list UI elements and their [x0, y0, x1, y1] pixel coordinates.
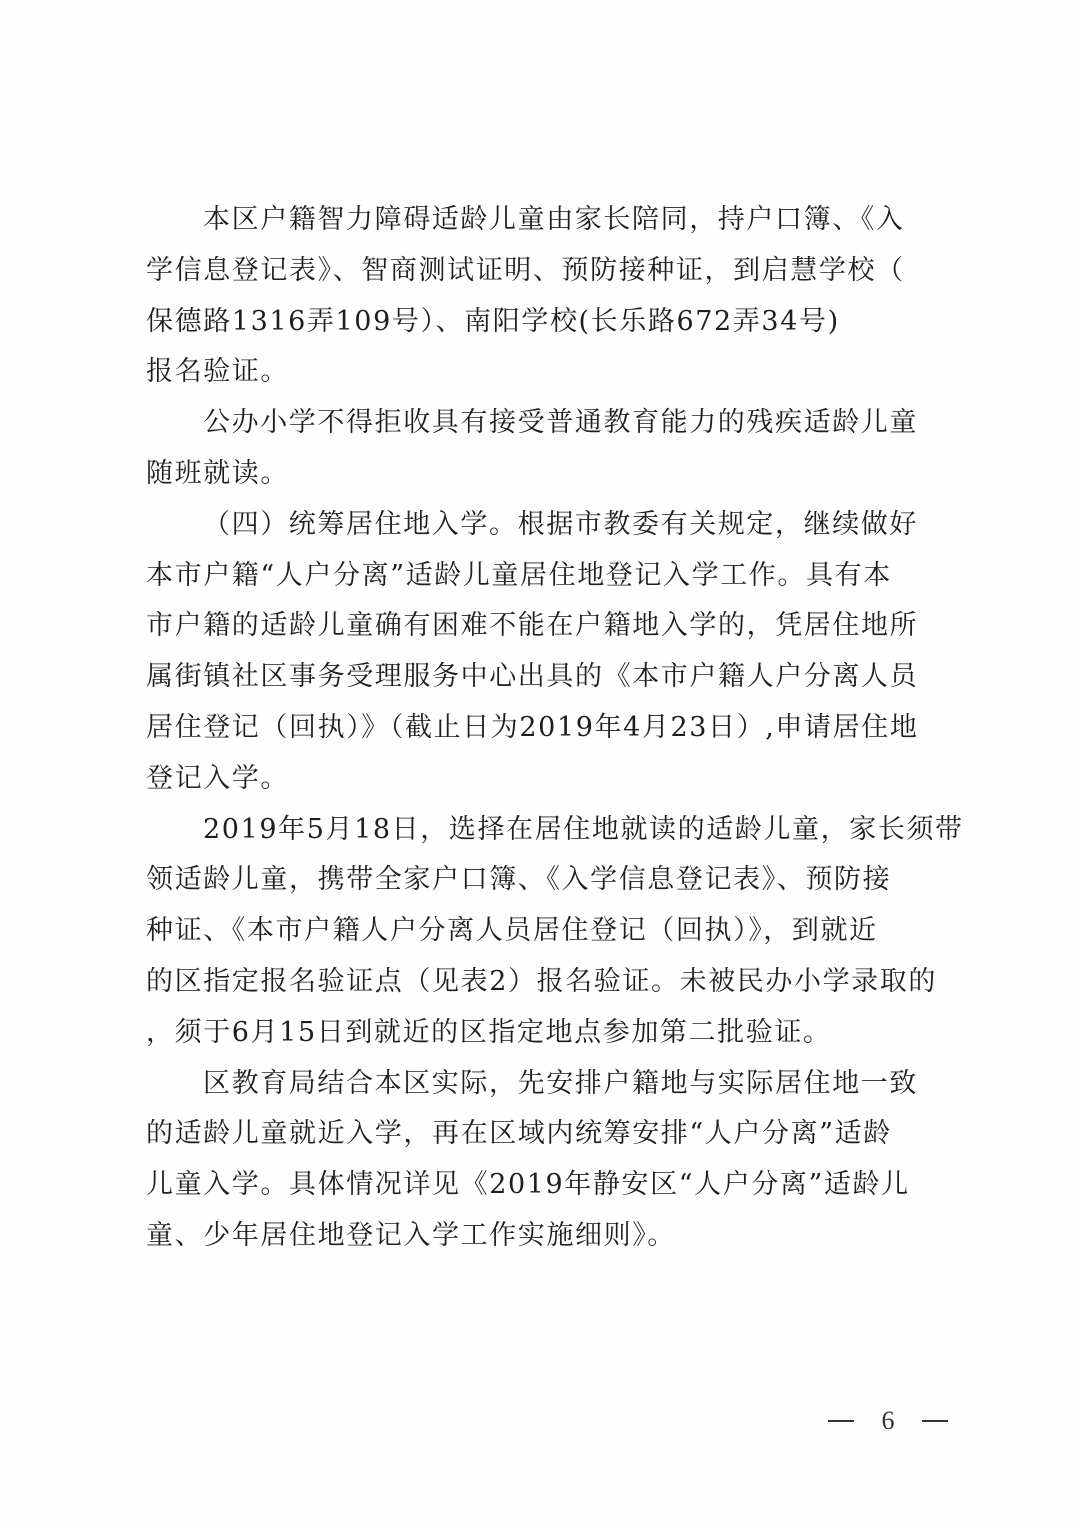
text-line: 的适龄儿童就近入学，再在区域内统筹安排“人户分离”适龄 — [146, 1114, 936, 1165]
text-line: 保德路1316弄109号）、南阳学校(长乐路672弄34号) — [146, 302, 936, 353]
text-line: 属街镇社区事务受理服务中心出具的《本市户籍人户分离人员 — [146, 657, 936, 708]
text-line: 本市户籍“人户分离”适龄儿童居住地登记入学工作。具有本 — [146, 556, 936, 607]
text-line: 市户籍的适龄儿童确有困难不能在户籍地入学的，凭居住地所 — [146, 606, 936, 657]
dash-right-decoration — [922, 1420, 948, 1422]
text-line: 登记入学。 — [146, 759, 936, 810]
text-line: 童、少年居住地登记入学工作实施细则》。 — [146, 1216, 936, 1267]
text-line: 报名验证。 — [146, 352, 936, 403]
text-line: ，须于6月15日到就近的区指定地点参加第二批验证。 — [146, 1013, 936, 1064]
section-heading-line: （四）统筹居住地入学。根据市教委有关规定，继续做好 — [146, 505, 936, 556]
text-line: 居住登记（回执）》（截止日为2019年4月23日）,申请居住地 — [146, 708, 936, 759]
text-line: 种证、《本市户籍人户分离人员居住登记（回执）》，到就近 — [146, 911, 936, 962]
text-line: 学信息登记表》、智商测试证明、预防接种证，到启慧学校（ — [146, 251, 936, 302]
dash-left-decoration — [828, 1420, 854, 1422]
text-line: 领适龄儿童，携带全家户口簿、《入学信息登记表》、预防接 — [146, 860, 936, 911]
text-line: 2019年5月18日，选择在居住地就读的适龄儿童，家长须带 — [146, 810, 936, 861]
text-line: 区教育局结合本区实际，先安排户籍地与实际居住地一致 — [146, 1064, 936, 1115]
page-number: 6 — [828, 1404, 948, 1438]
text-line: 随班就读。 — [146, 454, 936, 505]
page-number-value: 6 — [882, 1404, 895, 1438]
text-line: 本区户籍智力障碍适龄儿童由家长陪同，持户口簿、《入 — [146, 200, 936, 251]
text-line: 的区指定报名验证点（见表2）报名验证。未被民办小学录取的 — [146, 962, 936, 1013]
text-line: 儿童入学。具体情况详见《2019年静安区“人户分离”适龄儿 — [146, 1165, 936, 1216]
document-body: 本区户籍智力障碍适龄儿童由家长陪同，持户口簿、《入 学信息登记表》、智商测试证明… — [146, 200, 936, 1267]
text-line: 公办小学不得拒收具有接受普通教育能力的残疾适龄儿童 — [146, 403, 936, 454]
